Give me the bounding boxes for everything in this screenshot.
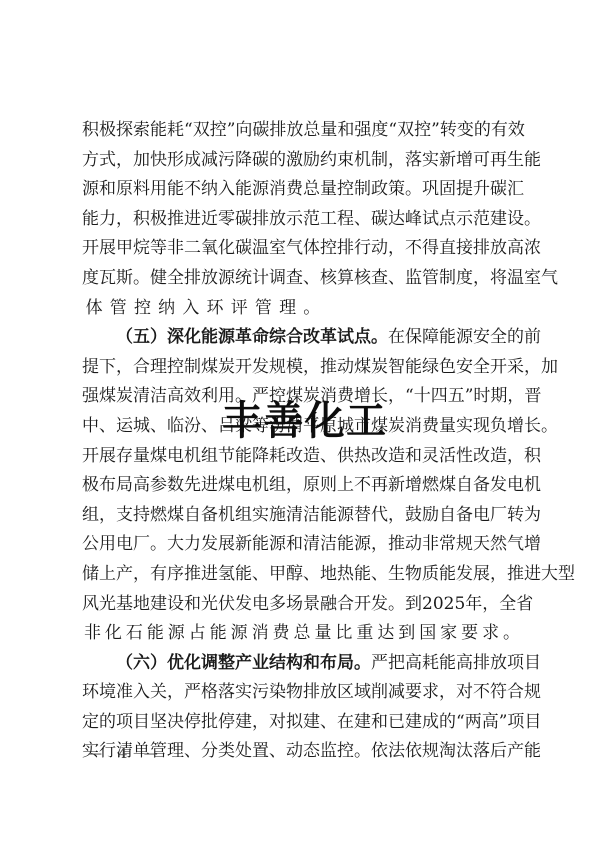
text-line: 体管控纳入环评管理。	[82, 294, 522, 324]
text-line: 风光基地建设和光伏发电多场景融合开发。到2025年，全省	[82, 590, 522, 620]
text-line: 能力，积极推进近零碳排放示范工程、碳达峰试点示范建设。	[82, 205, 522, 235]
text-line: 度瓦斯。健全排放源统计调查、核算核查、监管制度，将温室气	[82, 264, 522, 294]
page-number: — 4 —	[88, 746, 164, 762]
text-line: 积极探索能耗“双控”向碳排放总量和强度“双控”转变的有效	[82, 116, 522, 146]
section-heading-line: （五）深化能源革命综合改革试点。在保障能源安全的前	[82, 323, 522, 353]
text-line: 开展甲烷等非二氧化碳温室气体控排行动，不得直接排放高浓	[82, 234, 522, 264]
text-line: 储上产，有序推进氢能、甲醇、地热能、生物质能发展，推进大型	[82, 560, 522, 590]
document-page: 积极探索能耗“双控”向碳排放总量和强度“双控”转变的有效方式，加快形成减污降碳的…	[0, 0, 600, 848]
watermark-char: 化	[305, 398, 345, 444]
text-line: 环境准入关，严格落实污染物排放区域削减要求，对不符合规	[82, 678, 522, 708]
text-line: 方式，加快形成减污降碳的激励约束机制，落实新增可再生能	[82, 146, 522, 176]
text-line: 定的项目坚决停批停建，对拟建、在建和已建成的“两高”项目	[82, 708, 522, 738]
text-line: 非化石能源占能源消费总量比重达到国家要求。	[82, 619, 522, 649]
text-line: 开展存量煤电机组节能降耗改造、供热改造和灵活性改造，积	[82, 442, 522, 472]
text-line: 提下，合理控制煤炭开发规模，推动煤炭智能绿色安全开采，加	[82, 353, 522, 383]
text-line: 组，支持燃煤自备机组实施清洁能源替代，鼓励自备电厂转为	[82, 501, 522, 531]
text-line: 公用电厂。大力发展新能源和清洁能源，推动非常规天然气增	[82, 530, 522, 560]
watermark: 丰善化工	[222, 398, 386, 444]
section-heading-line: （六）优化调整产业结构和布局。严把高耗能高排放项目	[82, 649, 522, 679]
watermark-char: 工	[346, 398, 386, 444]
text-line: 极布局高参数先进煤电机组，原则上不再新增燃煤自备发电机	[82, 471, 522, 501]
watermark-char: 善	[263, 398, 303, 444]
text-line: 源和原料用能不纳入能源消费总量控制政策。巩固提升碳汇	[82, 175, 522, 205]
watermark-char: 丰	[222, 398, 262, 444]
